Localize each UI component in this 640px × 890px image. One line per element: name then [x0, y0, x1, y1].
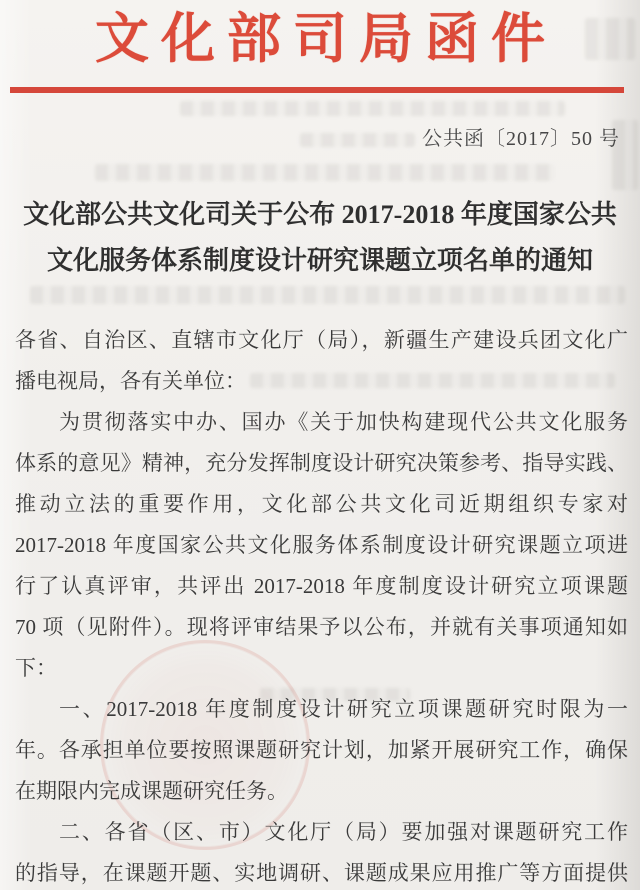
bleedthrough-artifact — [300, 133, 415, 147]
masthead-title: 文化部司局函件 — [0, 6, 640, 72]
paragraph-line: 在期限内完成课题研究任务。 — [15, 771, 628, 812]
document-body: 各省、自治区、直辖市文化厅（局），新疆生产建设兵团文化广 播电视局，各有关单位：… — [15, 320, 628, 890]
bleedthrough-artifact — [30, 286, 625, 304]
scanned-document-page: 文化部司局函件 公共函〔2017〕50 号 文化部公共文化司关于公布 2017-… — [0, 0, 640, 890]
paragraph-line: 下： — [15, 648, 628, 689]
paragraph-line: 二、各省（区、市）文化厅（局）要加强对课题研究工作 — [15, 812, 628, 853]
paragraph-line: 年。各承担单位要按照课题研究计划，加紧开展研究工作，确保 — [15, 730, 628, 771]
notice-title-line-2: 文化服务体系制度设计研究课题立项名单的通知 — [14, 238, 626, 284]
paragraph-line: 推动立法的重要作用，文化部公共文化司近期组织专家对 — [15, 484, 628, 525]
paragraph-line: 行了认真评审，共评出 2017-2018 年度制度设计研究立项课题 — [15, 566, 628, 607]
masthead-divider-rule — [10, 87, 624, 93]
notice-title-line-1: 文化部公共文化司关于公布 2017-2018 年度国家公共 — [14, 192, 626, 238]
document-number: 公共函〔2017〕50 号 — [422, 124, 620, 154]
paragraph-line: 2017-2018 年度国家公共文化服务体系制度设计研究课题立项进 — [15, 525, 628, 566]
notice-title: 文化部公共文化司关于公布 2017-2018 年度国家公共 文化服务体系制度设计… — [14, 192, 626, 284]
paragraph-line: 为贯彻落实中办、国办《关于加快构建现代公共文化服务 — [15, 402, 628, 443]
bleedthrough-artifact — [180, 101, 565, 116]
paragraph-line: 的指导，在课题开题、实地调研、课题成果应用推广等方面提供 — [15, 853, 628, 890]
bleedthrough-artifact — [95, 164, 555, 181]
paragraph-line: 一、2017-2018 年度制度设计研究立项课题研究时限为一 — [15, 689, 628, 730]
paragraph-line: 体系的意见》精神，充分发挥制度设计研究决策参考、指导实践、 — [15, 443, 628, 484]
salutation-line-2: 播电视局，各有关单位： — [15, 361, 628, 402]
paragraph-line: 70 项（见附件）。现将评审结果予以公布，并就有关事项通知如 — [15, 607, 628, 648]
salutation-line-1: 各省、自治区、直辖市文化厅（局），新疆生产建设兵团文化广 — [15, 320, 628, 361]
